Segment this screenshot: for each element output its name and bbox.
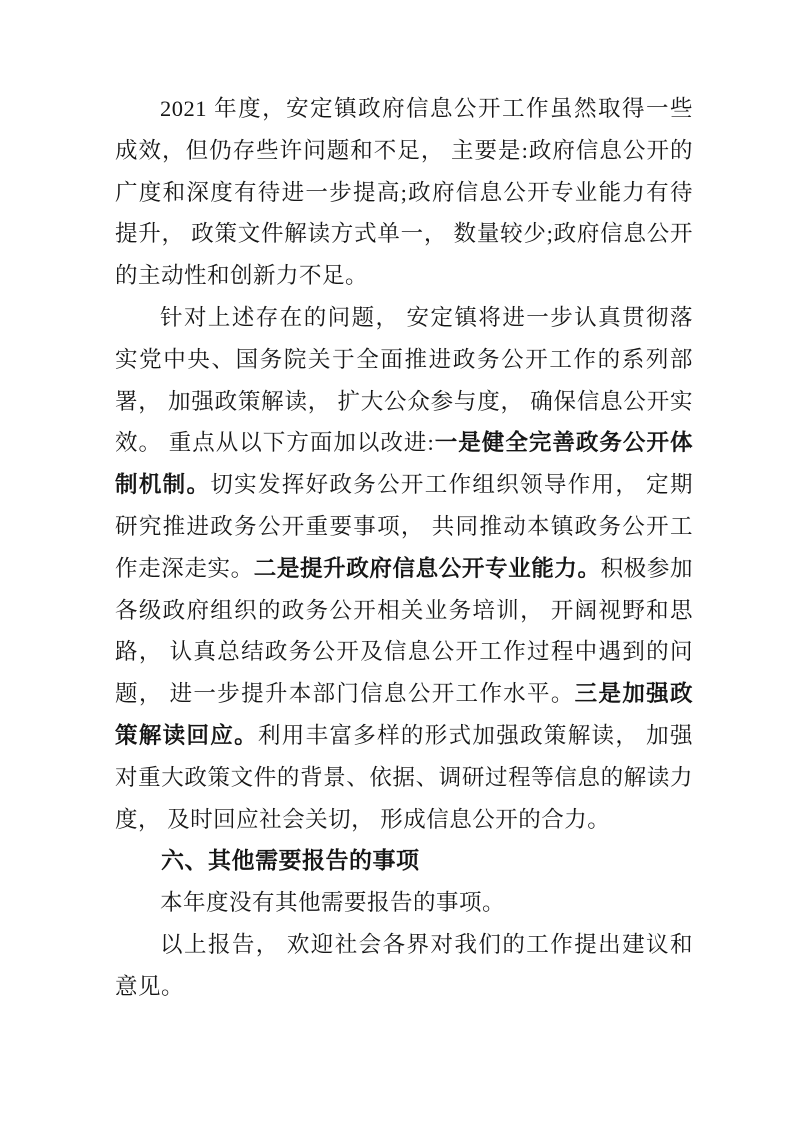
emphasis-text-run: 二是提升政府信息公开专业能力。	[254, 556, 601, 581]
text-run: 本年度没有其他需要报告的事项。	[160, 890, 505, 915]
paragraph: 本年度没有其他需要报告的事项。	[115, 882, 693, 924]
paragraph: 2021 年度，安定镇政府信息公开工作虽然取得一些成效，但仍存些许问题和不足， …	[115, 88, 693, 297]
section-heading: 六、其他需要报告的事项	[115, 840, 693, 882]
document-body: 2021 年度，安定镇政府信息公开工作虽然取得一些成效，但仍存些许问题和不足， …	[115, 88, 693, 1008]
text-run: 以上报告， 欢迎社会各界对我们的工作提出建议和意见。	[115, 932, 693, 999]
document-page: 2021 年度，安定镇政府信息公开工作虽然取得一些成效，但仍存些许问题和不足， …	[0, 0, 793, 1122]
text-run: 2021 年度，安定镇政府信息公开工作虽然取得一些成效，但仍存些许问题和不足， …	[115, 96, 693, 288]
paragraph: 针对上述存在的问题， 安定镇将进一步认真贯彻落实党中央、国务院关于全面推进政务公…	[115, 297, 693, 840]
emphasis-text-run: 六、其他需要报告的事项	[161, 847, 420, 873]
paragraph: 以上报告， 欢迎社会各界对我们的工作提出建议和意见。	[115, 924, 693, 1008]
